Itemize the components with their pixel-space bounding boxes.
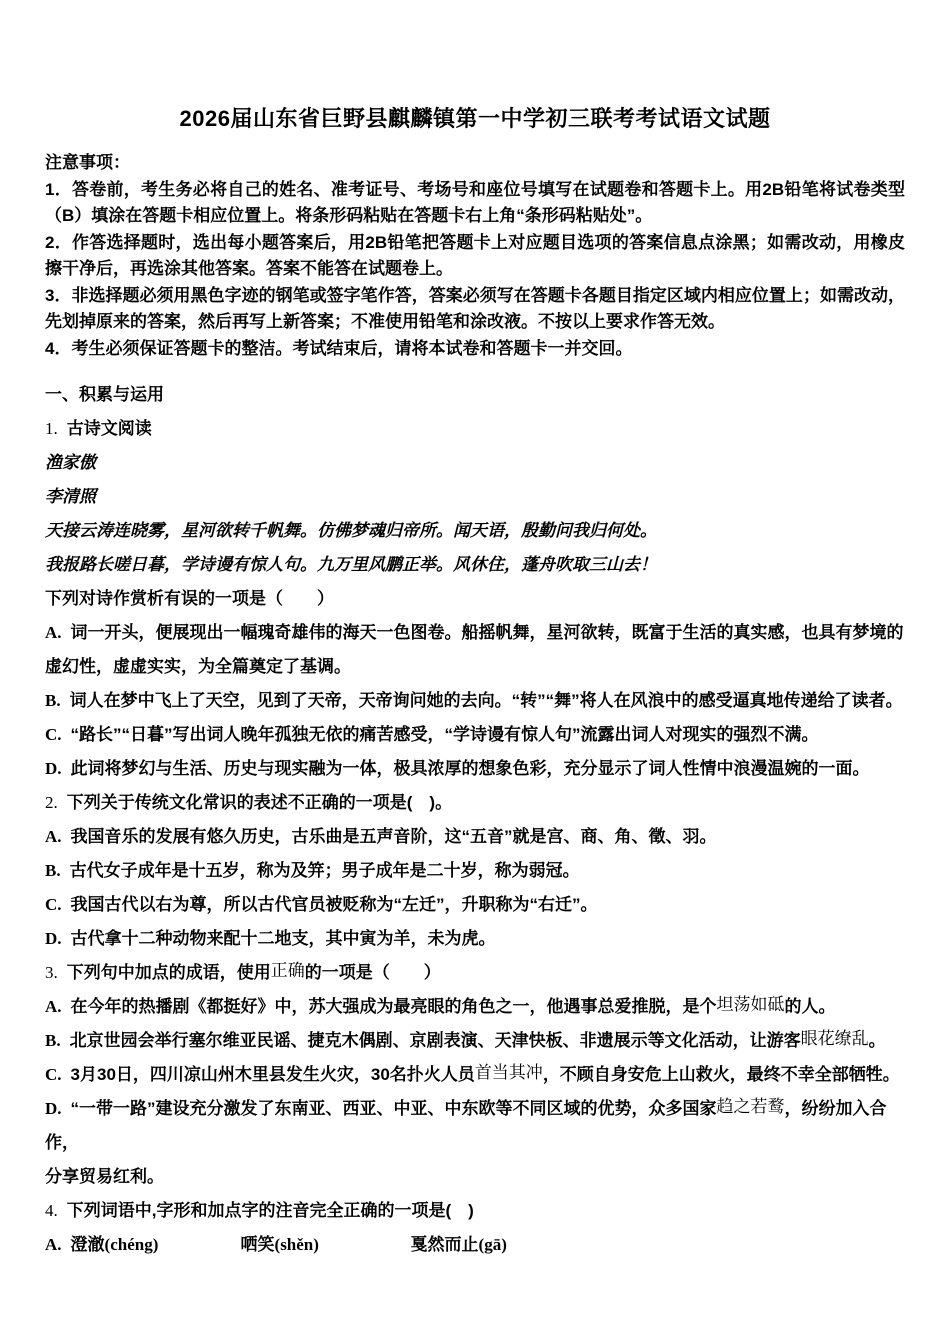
- q3-stem-pre: 下列句中加点的成语，使用: [67, 963, 271, 982]
- q2-option-a-text: 我国音乐的发展有悠久历史，古乐曲是五声音阶，这“五音”就是宫、商、角、徵、羽。: [71, 827, 717, 846]
- q4-word-1: 澄澈(chéng): [71, 1228, 241, 1262]
- q4-word-3-pinyin: (gā): [479, 1235, 507, 1254]
- q1-option-b-text: 词人在梦中飞上了天空，见到了天帝，天帝询问她的去向。“转”“舞”将人在风浪中的感…: [70, 691, 903, 710]
- q3-option-b: B.北京世园会举行塞尔维亚民谣、捷克木偶剧、京剧表演、天津快板、非遗展示等文化活…: [45, 1024, 905, 1058]
- q4-option-a: A.澄澈(chéng)哂笑(shěn)戛然而止(gā): [45, 1228, 905, 1262]
- q1-number: 1.: [45, 419, 58, 438]
- q3-option-d-label: D.: [45, 1099, 62, 1118]
- q1-option-c: C.“路长”“日暮”写出词人晚年孤独无依的痛苦感受，“学诗谩有惊人句”流露出词人…: [45, 718, 905, 752]
- q4-word-1-pinyin: (chéng): [105, 1235, 159, 1254]
- q3-option-a-label: A.: [45, 997, 62, 1016]
- q3-option-d-continuation: 分享贸易红利。: [45, 1160, 905, 1194]
- poem-line-1: 天接云涛连晓雾，星河欲转千帆舞。仿佛梦魂归帝所。闻天语，殷勤问我归何处。: [45, 514, 905, 548]
- q3-stem: 3.下列句中加点的成语，使用正确的一项是（ ）: [45, 956, 905, 990]
- q2-option-b-text: 古代女子成年是十五岁，称为及笄；男子成年是二十岁，称为弱冠。: [70, 861, 580, 880]
- q4-word-2-text: 哂笑: [241, 1235, 275, 1254]
- q3-option-b-post: 。: [869, 1031, 886, 1050]
- q4-number: 4.: [45, 1201, 58, 1220]
- poem-title: 渔家傲: [45, 446, 905, 480]
- q3-stem-emphasis: 正确: [271, 961, 305, 980]
- exam-paper-page: 2026届山东省巨野县麒麟镇第一中学初三联考考试语文试题 注意事项： 1．答卷前…: [0, 0, 950, 1262]
- q1-option-c-text: “路长”“日暮”写出词人晚年孤独无依的痛苦感受，“学诗谩有惊人句”流露出词人对现…: [71, 725, 819, 744]
- q3-option-b-pre: 北京世园会举行塞尔维亚民谣、捷克木偶剧、京剧表演、天津快板、非遗展示等文化活动，…: [70, 1031, 801, 1050]
- q2-number: 2.: [45, 793, 58, 812]
- q3-option-b-label: B.: [45, 1031, 61, 1050]
- notice-item-4: 4．考生必须保证答题卡的整洁。考试结束后，请将本试卷和答题卡一并交回。: [45, 336, 905, 363]
- q1-option-d-text: 此词将梦幻与生活、历史与现实融为一体，极具浓厚的想象色彩，充分显示了词人性情中浪…: [71, 759, 870, 778]
- q3-option-d: D.“一带一路”建设充分激发了东南亚、西亚、中亚、中东欧等不同区域的优势，众多国…: [45, 1092, 905, 1194]
- notice-item-3: 3．非选择题必须用黑色字迹的钢笔或签字笔作答，答案必须写在答题卡各题目指定区域内…: [45, 283, 905, 336]
- q2-option-b: B.古代女子成年是十五岁，称为及笄；男子成年是二十岁，称为弱冠。: [45, 854, 905, 888]
- poem-author: 李清照: [45, 480, 905, 514]
- q4-word-3: 戛然而止(gā): [411, 1228, 507, 1262]
- q3-option-a: A.在今年的热播剧《都挺好》中，苏大强成为最亮眼的角色之一，他遇事总爱推脱，是个…: [45, 990, 905, 1024]
- q3-option-a-post: 的人。: [785, 997, 836, 1016]
- q3-option-b-idiom: 眼花缭乱: [801, 1029, 869, 1048]
- poem-line-2: 我报路长嗟日暮，学诗谩有惊人句。九万里风鹏正举。风休住，蓬舟吹取三山去！: [45, 548, 905, 582]
- q3-option-a-pre: 在今年的热播剧《都挺好》中，苏大强成为最亮眼的角色之一，他遇事总爱推脱，是个: [71, 997, 717, 1016]
- q3-option-c-idiom: 首当其冲: [475, 1063, 543, 1082]
- q2-stem-text: 下列关于传统文化常识的表述不正确的一项是( )。: [67, 793, 452, 812]
- q1-option-c-label: C.: [45, 725, 62, 744]
- q4-option-a-label: A.: [45, 1235, 62, 1254]
- q2-option-c: C.我国古代以右为尊，所以古代官员被贬称为“左迁”，升职称为“右迁”。: [45, 888, 905, 922]
- q3-stem-post: 的一项是（ ）: [305, 963, 441, 982]
- q3-option-a-idiom: 坦荡如砥: [717, 995, 785, 1014]
- page-title: 2026届山东省巨野县麒麟镇第一中学初三联考考试语文试题: [45, 104, 905, 134]
- q1-option-b-label: B.: [45, 691, 61, 710]
- notice-heading: 注意事项：: [45, 150, 905, 177]
- q3-option-c-label: C.: [45, 1065, 62, 1084]
- q2-option-c-label: C.: [45, 895, 62, 914]
- q4-word-1-text: 澄澈: [71, 1235, 105, 1254]
- q4-word-3-text: 戛然而止: [411, 1235, 479, 1254]
- q1-heading: 1.古诗文阅读: [45, 412, 905, 446]
- q1-option-a: A.词一开头，便展现出一幅瑰奇雄伟的海天一色图卷。船摇帆舞，星河欲转，既富于生活…: [45, 616, 905, 684]
- q2-option-a: A.我国音乐的发展有悠久历史，古乐曲是五声音阶，这“五音”就是宫、商、角、徵、羽…: [45, 820, 905, 854]
- q4-word-2-pinyin: (shěn): [275, 1235, 319, 1254]
- q1-option-b: B.词人在梦中飞上了天空，见到了天帝，天帝询问她的去向。“转”“舞”将人在风浪中…: [45, 684, 905, 718]
- q2-option-b-label: B.: [45, 861, 61, 880]
- q3-number: 3.: [45, 963, 58, 982]
- q3-option-c-post: ，不顾自身安危上山救火，最终不幸全部牺牲。: [543, 1065, 900, 1084]
- q1-option-d: D.此词将梦幻与生活、历史与现实融为一体，极具浓厚的想象色彩，充分显示了词人性情…: [45, 752, 905, 786]
- q1-option-a-continuation: 虚幻性，虚虚实实，为全篇奠定了基调。: [45, 650, 905, 684]
- q4-stem: 4.下列词语中,字形和加点字的注音完全正确的一项是( ): [45, 1194, 905, 1228]
- q4-stem-text: 下列词语中,字形和加点字的注音完全正确的一项是( ): [67, 1201, 474, 1220]
- q1-label: 古诗文阅读: [67, 419, 152, 438]
- exam-body: 一、积累与运用 1.古诗文阅读 渔家傲 李清照 天接云涛连晓雾，星河欲转千帆舞。…: [45, 378, 905, 1262]
- q3-option-d-idiom: 趋之若鹜: [717, 1097, 785, 1116]
- q2-option-c-text: 我国古代以右为尊，所以古代官员被贬称为“左迁”，升职称为“右迁”。: [71, 895, 598, 914]
- q1-option-a-label: A.: [45, 623, 62, 642]
- q3-option-d-pre: “一带一路”建设充分激发了东南亚、西亚、中亚、中东欧等不同区域的优势，众多国家: [71, 1099, 717, 1118]
- q2-option-d-label: D.: [45, 929, 62, 948]
- q4-word-2: 哂笑(shěn): [241, 1228, 411, 1262]
- q2-option-d: D.古代拿十二种动物来配十二地支，其中寅为羊，未为虎。: [45, 922, 905, 956]
- q3-option-c-pre: 3月30日，四川凉山州木里县发生火灾，30名扑火人员: [71, 1065, 475, 1084]
- q2-option-a-label: A.: [45, 827, 62, 846]
- notice-item-2: 2．作答选择题时，选出每小题答案后，用2B铅笔把答题卡上对应题目选项的答案信息点…: [45, 230, 905, 283]
- q1-option-d-label: D.: [45, 759, 62, 778]
- q3-option-c: C.3月30日，四川凉山州木里县发生火灾，30名扑火人员首当其冲，不顾自身安危上…: [45, 1058, 905, 1092]
- q1-option-a-text: 词一开头，便展现出一幅瑰奇雄伟的海天一色图卷。船摇帆舞，星河欲转，既富于生活的真…: [71, 623, 904, 642]
- q2-option-d-text: 古代拿十二种动物来配十二地支，其中寅为羊，未为虎。: [71, 929, 496, 948]
- notice-section: 注意事项： 1．答卷前，考生务必将自己的姓名、准考证号、考场号和座位号填写在试题…: [45, 150, 905, 362]
- notice-item-1: 1．答卷前，考生务必将自己的姓名、准考证号、考场号和座位号填写在试题卷和答题卡上…: [45, 177, 905, 230]
- section-heading: 一、积累与运用: [45, 378, 905, 412]
- q1-stem: 下列对诗作赏析有误的一项是（ ）: [45, 582, 905, 616]
- q2-stem: 2.下列关于传统文化常识的表述不正确的一项是( )。: [45, 786, 905, 820]
